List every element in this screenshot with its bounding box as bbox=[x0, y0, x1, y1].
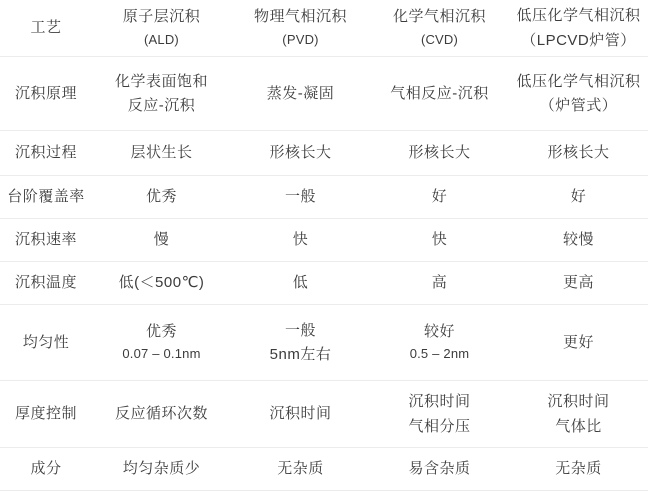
table-cell: 沉积时间气相分压 bbox=[370, 391, 509, 437]
table-cell: 反应循环次数 bbox=[92, 403, 231, 424]
row-label-text: 均匀性 bbox=[23, 334, 70, 351]
cell-line: 形核长大 bbox=[408, 144, 470, 161]
table-cell: 无杂质 bbox=[231, 458, 370, 479]
row-label-text: 沉积速率 bbox=[15, 231, 77, 248]
table-row: 沉积速率慢快快较慢 bbox=[0, 219, 648, 262]
cell-line: 气相反应-沉积 bbox=[390, 85, 489, 102]
cell-line: 化学气相沉积 bbox=[393, 8, 486, 25]
cell-line: 低压化学气相沉积 bbox=[516, 7, 640, 24]
table-cell: 原子层沉积(ALD) bbox=[92, 6, 231, 49]
table-row: 台阶覆盖率优秀一般好好 bbox=[0, 176, 648, 219]
cell-line: 反应循环次数 bbox=[115, 405, 208, 422]
cell-line: 0.07 – 0.1nm bbox=[122, 347, 200, 362]
table-cell: 层状生长 bbox=[92, 142, 231, 163]
table-cell: 形核长大 bbox=[509, 142, 648, 163]
table-cell: 低(＜500℃) bbox=[92, 272, 231, 293]
table-row: 沉积过程层状生长形核长大形核长大形核长大 bbox=[0, 131, 648, 176]
cell-line: 低(＜500℃) bbox=[119, 274, 205, 291]
table-cell: 高 bbox=[370, 272, 509, 293]
cell-line: 较慢 bbox=[563, 231, 594, 248]
cell-line: 形核长大 bbox=[547, 144, 609, 161]
row-label-text: 工艺 bbox=[30, 19, 61, 36]
table-row: 成分均匀杂质少无杂质易含杂质无杂质 bbox=[0, 448, 648, 491]
table-cell: 较好0.5 – 2nm bbox=[370, 321, 509, 364]
cell-line: 好 bbox=[571, 188, 587, 205]
table-cell: 一般5nm左右 bbox=[231, 320, 370, 366]
table-cell: 低 bbox=[231, 272, 370, 293]
row-label-text: 沉积温度 bbox=[15, 274, 77, 291]
cell-line: 物理气相沉积 bbox=[254, 8, 347, 25]
cell-line: 优秀 bbox=[146, 323, 177, 340]
table-row: 均匀性优秀0.07 – 0.1nm一般5nm左右较好0.5 – 2nm更好 bbox=[0, 305, 648, 381]
table-cell: 蒸发-凝固 bbox=[231, 83, 370, 104]
row-label: 工艺 bbox=[0, 17, 92, 38]
cell-line: 5nm左右 bbox=[270, 346, 332, 363]
table-cell: 物理气相沉积(PVD) bbox=[231, 6, 370, 49]
table-cell: 气相反应-沉积 bbox=[370, 83, 509, 104]
cell-line: 一般 bbox=[285, 322, 316, 339]
cell-line: 反应-沉积 bbox=[128, 97, 196, 114]
row-label: 均匀性 bbox=[0, 332, 92, 353]
cell-line: (PVD) bbox=[282, 33, 318, 48]
row-label-text: 台阶覆盖率 bbox=[7, 188, 85, 205]
table-cell: 化学表面饱和反应-沉积 bbox=[92, 71, 231, 117]
cell-line: 沉积时间 bbox=[408, 393, 470, 410]
row-label: 成分 bbox=[0, 458, 92, 479]
table-cell: 一般 bbox=[231, 186, 370, 207]
table-cell: 低压化学气相沉积（LPCVD炉管） bbox=[509, 5, 648, 51]
table-row: 厚度控制反应循环次数沉积时间沉积时间气相分压沉积时间气体比 bbox=[0, 381, 648, 448]
table-cell: 更好 bbox=[509, 332, 648, 353]
cell-line: 沉积时间 bbox=[547, 393, 609, 410]
table-row: 工艺原子层沉积(ALD)物理气相沉积(PVD)化学气相沉积(CVD)低压化学气相… bbox=[0, 0, 648, 57]
row-label-text: 成分 bbox=[30, 460, 61, 477]
cell-line: 更高 bbox=[563, 274, 594, 291]
table-row: 沉积温度低(＜500℃)低高更高 bbox=[0, 262, 648, 305]
row-label-text: 沉积原理 bbox=[15, 85, 77, 102]
cell-line: 形核长大 bbox=[269, 144, 331, 161]
cell-line: 快 bbox=[432, 231, 448, 248]
cell-line: 较好 bbox=[424, 323, 455, 340]
table-cell: 较慢 bbox=[509, 229, 648, 250]
cell-line: 低压化学气相沉积 bbox=[516, 73, 640, 90]
row-label-text: 沉积过程 bbox=[15, 144, 77, 161]
table-cell: 化学气相沉积(CVD) bbox=[370, 6, 509, 49]
table-cell: 沉积时间 bbox=[231, 403, 370, 424]
table-cell: 沉积时间气体比 bbox=[509, 391, 648, 437]
cell-line: 优秀 bbox=[146, 188, 177, 205]
table-cell: 好 bbox=[370, 186, 509, 207]
table-row: 沉积原理化学表面饱和反应-沉积蒸发-凝固气相反应-沉积低压化学气相沉积（炉管式） bbox=[0, 57, 648, 131]
table-cell: 优秀 bbox=[92, 186, 231, 207]
cell-line: 蒸发-凝固 bbox=[267, 85, 335, 102]
cell-line: 沉积时间 bbox=[269, 405, 331, 422]
row-label: 厚度控制 bbox=[0, 403, 92, 424]
cell-line: 低 bbox=[293, 274, 309, 291]
cell-line: 无杂质 bbox=[277, 460, 324, 477]
cell-line: 气体比 bbox=[555, 418, 602, 435]
row-label: 沉积速率 bbox=[0, 229, 92, 250]
cell-line: 均匀杂质少 bbox=[123, 460, 201, 477]
table-cell: 形核长大 bbox=[370, 142, 509, 163]
cell-line: 无杂质 bbox=[555, 460, 602, 477]
cell-line: 易含杂质 bbox=[408, 460, 470, 477]
table-cell: 快 bbox=[370, 229, 509, 250]
table-cell: 低压化学气相沉积（炉管式） bbox=[509, 71, 648, 117]
cell-line: 一般 bbox=[285, 188, 316, 205]
cell-line: 好 bbox=[432, 188, 448, 205]
cell-line: 慢 bbox=[154, 231, 170, 248]
cell-line: 化学表面饱和 bbox=[115, 73, 208, 90]
table-cell: 均匀杂质少 bbox=[92, 458, 231, 479]
row-label: 沉积原理 bbox=[0, 83, 92, 104]
table-cell: 无杂质 bbox=[509, 458, 648, 479]
table-cell: 形核长大 bbox=[231, 142, 370, 163]
comparison-table: 工艺原子层沉积(ALD)物理气相沉积(PVD)化学气相沉积(CVD)低压化学气相… bbox=[0, 0, 648, 491]
cell-line: (CVD) bbox=[421, 33, 458, 48]
row-label: 台阶覆盖率 bbox=[0, 186, 92, 207]
cell-line: （LPCVD炉管） bbox=[521, 32, 636, 49]
table-cell: 更高 bbox=[509, 272, 648, 293]
cell-line: 原子层沉积 bbox=[123, 8, 201, 25]
table-cell: 好 bbox=[509, 186, 648, 207]
table-cell: 易含杂质 bbox=[370, 458, 509, 479]
cell-line: 快 bbox=[293, 231, 309, 248]
cell-line: 更好 bbox=[563, 334, 594, 351]
row-label-text: 厚度控制 bbox=[15, 405, 77, 422]
table-cell: 优秀0.07 – 0.1nm bbox=[92, 321, 231, 364]
cell-line: 气相分压 bbox=[408, 418, 470, 435]
row-label: 沉积温度 bbox=[0, 272, 92, 293]
cell-line: 高 bbox=[432, 274, 448, 291]
table-cell: 快 bbox=[231, 229, 370, 250]
row-label: 沉积过程 bbox=[0, 142, 92, 163]
cell-line: (ALD) bbox=[144, 33, 179, 48]
cell-line: 0.5 – 2nm bbox=[410, 347, 470, 362]
cell-line: 层状生长 bbox=[130, 144, 192, 161]
table-cell: 慢 bbox=[92, 229, 231, 250]
cell-line: （炉管式） bbox=[540, 97, 618, 114]
